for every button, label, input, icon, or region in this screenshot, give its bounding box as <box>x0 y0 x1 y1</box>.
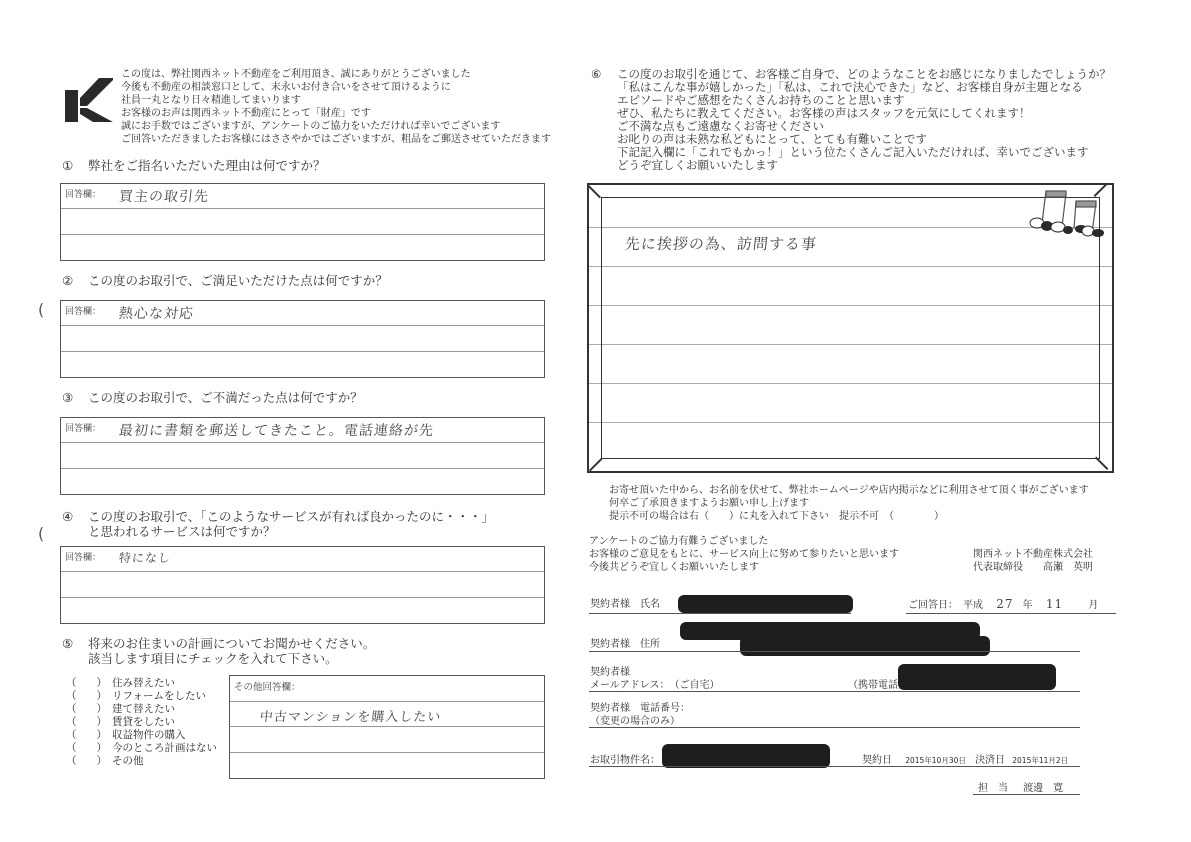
company-logo-icon <box>65 78 113 122</box>
plan-checklist: （）住み替えたい （）リフォームをしたい （）建て替えたい （）賃貸をしたい （… <box>66 677 217 768</box>
plan-option[interactable]: （）賃貸をしたい <box>66 716 217 729</box>
answer-box-4[interactable]: 回答欄：特になし <box>60 546 545 624</box>
reply-month: 11 <box>1046 597 1063 611</box>
answer-box-2[interactable]: 回答欄：熱心な対応 <box>60 300 545 378</box>
answer-text: 最初に書類を郵送してきたこと。電話連絡が先 <box>118 420 435 440</box>
plan-option[interactable]: （）住み替えたい <box>66 677 217 690</box>
publish-notice: お寄せ頂いた中から、お名前を伏せて、弊社ホームページや店内掲示などに利用させて頂… <box>609 484 1089 523</box>
representative: 代表取締役 高瀬 英明 <box>973 561 1093 574</box>
name-label: 契約者様 氏名 <box>590 598 660 611</box>
question-number: ③ <box>62 390 88 405</box>
intro-line: 社員一丸となり日々精進してまいります <box>121 94 551 107</box>
answer-text: 特になし <box>118 549 172 566</box>
email-label: 契約者様 メールアドレス： （ご自宅） <box>590 666 720 692</box>
question-text: この度のお取引で、「このようなサービスが有れば良かったのに・・・」 <box>88 509 494 524</box>
margin-mark: ( <box>38 300 44 319</box>
question-4: ④この度のお取引で、「このようなサービスが有れば良かったのに・・・」 と思われる… <box>62 509 494 539</box>
publish-opt-out[interactable]: 提示不可の場合は右（ ）に丸を入れて下さい 提示不可 （ ） <box>609 510 1089 523</box>
question-1: ①弊社をご指名いただいた理由は何ですか？ <box>62 158 326 173</box>
intro-line: 誠にお手数ではございますが、アンケートのご協力をいただければ幸いでございます <box>121 120 551 133</box>
thanks-message: アンケートのご協力有難うございました お客様のご意見をもとに、サービス向上に努め… <box>589 535 899 574</box>
company-signature: 関西ネット不動産株式会社 代表取締役 高瀬 英明 <box>973 548 1093 574</box>
intro-line: 今後も不動産の相談窓口として、末永いお付き合いをさせて頂けるように <box>121 81 551 94</box>
question-text-line2: 該当します項目にチェックを入れて下さい。 <box>88 651 338 666</box>
intro-text: この度は、弊社関西ネット不動産をご利用頂き、誠にありがとうございました 今後も不… <box>121 68 551 146</box>
question-number: ① <box>62 158 88 173</box>
staff-name: 渡邊 寛 <box>1023 783 1063 794</box>
answer-label: 回答欄： <box>65 421 101 434</box>
plan-option[interactable]: （）建て替えたい <box>66 703 217 716</box>
other-answer-text: 中古マンションを購入したい <box>259 706 442 725</box>
question-number: ⑤ <box>62 636 88 651</box>
plan-option[interactable]: （）今のところ計画はない <box>66 742 217 755</box>
question-text-line2: と思われるサービスは何ですか？ <box>88 524 276 539</box>
intro-line: お客様のお声は関西ネット不動産にとって「財産」です <box>121 107 551 120</box>
feedback-frame[interactable]: 先に挨拶の為、訪問する事 <box>587 183 1114 473</box>
answer-label: 回答欄： <box>65 550 101 563</box>
question-text: 将来のお住まいの計画についてお聞かせください。 <box>88 636 375 651</box>
question-text: この度のお取引で、ご満足いただけた点は何ですか？ <box>88 273 388 288</box>
reply-year: 27 <box>996 597 1013 611</box>
intro-line: この度は、弊社関西ネット不動産をご利用頂き、誠にありがとうございました <box>121 68 551 81</box>
phone-label: 契約者様 電話番号： （変更の場合のみ） <box>590 702 690 728</box>
question-number: ④ <box>62 509 88 524</box>
reply-date: ご回答日： 平成 27 年 11 月 <box>908 598 1098 612</box>
intro-line: ご回答いただきましたお客様にはささやかではございますが、粗品をご郵送させていただ… <box>121 133 551 146</box>
answer-text: 熱心な対応 <box>118 303 195 323</box>
question-5: ⑤将来のお住まいの計画についてお聞かせください。 該当します項目にチェックを入れ… <box>62 636 375 666</box>
other-answer-box[interactable]: その他回答欄： 中古マンションを購入したい <box>229 675 545 779</box>
question-3: ③この度のお取引で、ご不満だった点は何ですか？ <box>62 390 363 405</box>
redacted-address <box>740 636 990 656</box>
contract-date: 2015年10月30日 <box>905 756 966 765</box>
question-number: ② <box>62 273 88 288</box>
address-label: 契約者様 住所 <box>590 638 660 651</box>
settlement-date: 2015年11月2日 <box>1012 756 1068 765</box>
question-number: ⑥ <box>591 68 617 81</box>
answer-label: 回答欄： <box>65 187 101 200</box>
other-answer-label: その他回答欄： <box>234 679 301 693</box>
music-notes-icon <box>1028 189 1106 237</box>
redacted-property <box>662 744 830 768</box>
margin-mark: ( <box>38 524 44 543</box>
answer-box-1[interactable]: 回答欄：買主の取引先 <box>60 183 545 261</box>
company-name: 関西ネット不動産株式会社 <box>973 548 1093 561</box>
plan-option[interactable]: （）リフォームをしたい <box>66 690 217 703</box>
redacted-mobile <box>898 664 1056 690</box>
question-text: この度のお取引で、ご不満だった点は何ですか？ <box>88 390 363 405</box>
answer-box-3[interactable]: 回答欄：最初に書類を郵送してきたこと。電話連絡が先 <box>60 417 545 495</box>
answer-label: 回答欄： <box>65 304 101 317</box>
answer-text: 買主の取引先 <box>118 186 210 206</box>
plan-option[interactable]: （）収益物件の購入 <box>66 729 217 742</box>
question-2: ②この度のお取引で、ご満足いただけた点は何ですか？ <box>62 273 388 288</box>
question-text: 弊社をご指名いただいた理由は何ですか？ <box>88 158 326 173</box>
redacted-name <box>678 595 853 613</box>
feedback-answer: 先に挨拶の為、訪問する事 <box>624 233 818 254</box>
plan-option[interactable]: （）その他 <box>66 755 217 768</box>
question-6: ⑥この度のお取引を通じて、お客様ご自身で、どのようなことをお感じになりましたでし… <box>591 68 1111 172</box>
